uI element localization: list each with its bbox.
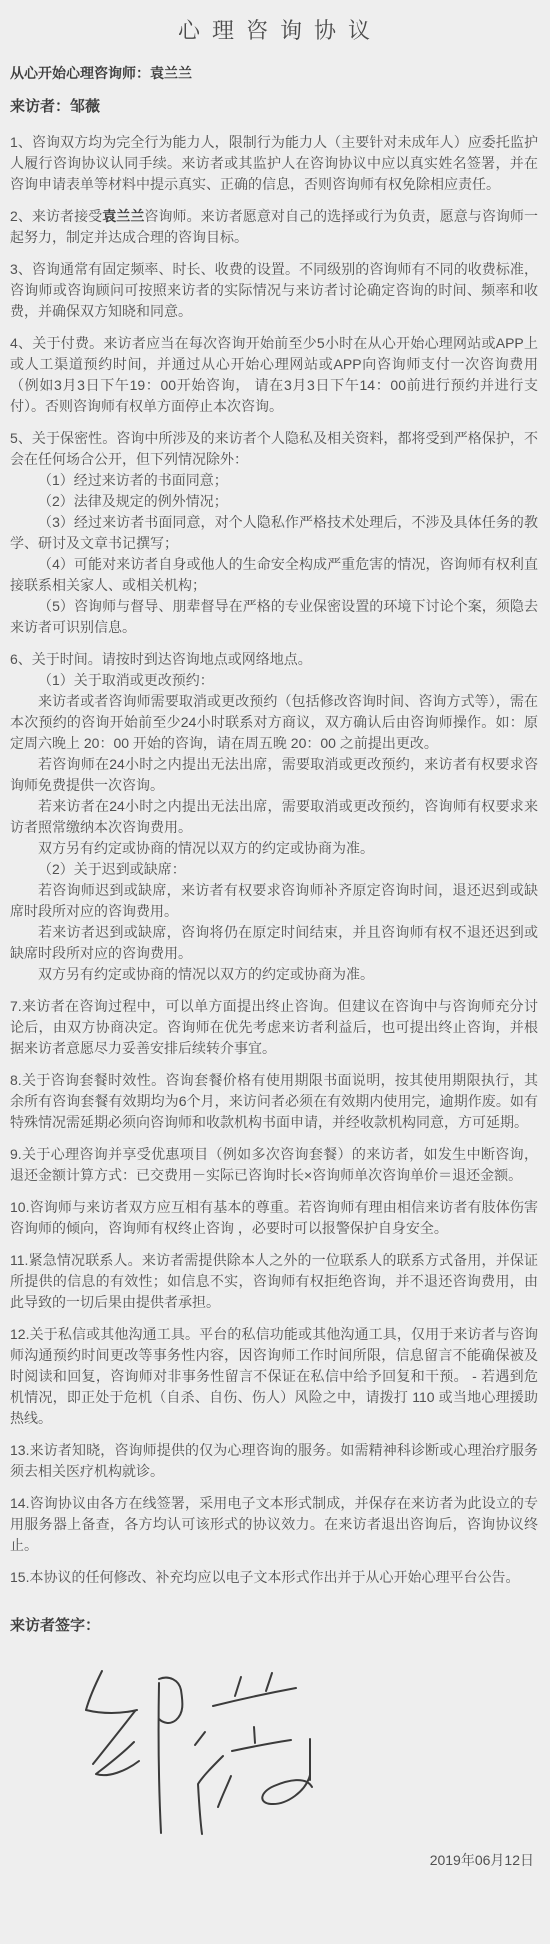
agreement-subparagraph: 若来访者在24小时之内提出无法出席，需要取消或更改预约，咨询师有权要求来访者照常… [10, 796, 538, 838]
agreement-subparagraph: 双方另有约定或协商的情况以双方的约定或协商为准。 [10, 964, 538, 985]
agreement-paragraph: 9.关于心理咨询并享受优惠项目（例如多次咨询套餐）的来访者，如发生中断咨询，退还… [10, 1144, 538, 1186]
agreement-clauses: 1、咨询双方均为完全行为能力人，限制行为能力人（主要针对未成年人）应委托监护人履… [10, 132, 538, 1588]
text-segment: 12.关于私信或其他沟通工具。平台的私信功能或其他沟通工具，仅用于来访者与咨询师… [10, 1326, 538, 1426]
agreement-paragraph: 8.关于咨询套餐时效性。咨询套餐价格有使用期限书面说明，按其使用期限执行，其余所… [10, 1070, 538, 1133]
signature-canvas [55, 1643, 325, 1848]
text-segment: 若来访者在24小时之内提出无法出席，需要取消或更改预约，咨询师有权要求来访者照常… [10, 798, 538, 835]
agreement-page: 心理咨询协议 从心开始心理咨询师：袁兰兰 来访者：邹薇 1、咨询双方均为完全行为… [0, 0, 550, 1944]
agreement-subparagraph: 来访者或者咨询师需要取消或更改预约（包括修改咨询时间、咨询方式等），需在本次预约… [10, 691, 538, 754]
agreement-subparagraph: （1）经过来访者的书面同意； [10, 470, 538, 491]
text-segment: 4、关于付费。来访者应当在每次咨询开始前至少5小时在从心开始心理网站或APP上或… [10, 335, 538, 414]
agreement-subparagraph: （4）可能对来访者自身或他人的生命安全构成严重危害的情况，咨询师有权利直接联系相… [10, 554, 538, 596]
agreement-subparagraph: 若咨询师在24小时之内提出无法出席，需要取消或更改预约，来访者有权要求咨询师免费… [10, 754, 538, 796]
agreement-subparagraph: （2）关于迟到或缺席： [10, 859, 538, 880]
agreement-paragraph: 13.来访者知晓，咨询师提供的仅为心理咨询的服务。如需精神科诊断或心理治疗服务须… [10, 1440, 538, 1482]
handwritten-signature [55, 1643, 325, 1848]
text-segment: 10.咨询师与来访者双方应互相有基本的尊重。若咨询师有理由相信来访者有肢体伤害咨… [10, 1199, 538, 1236]
counselor-name-line: 从心开始心理咨询师：袁兰兰 [10, 63, 538, 83]
text-segment: 3、咨询通常有固定频率、时长、收费的设置。不同级别的咨询师有不同的收费标准，咨询… [10, 261, 538, 319]
signature-stroke [198, 1756, 223, 1834]
agreement-paragraph: 11.紧急情况联系人。来访者需提供除本人之外的一位联系人的联系方式备用，并保证所… [10, 1250, 538, 1313]
agreement-paragraph: 7.来访者在咨询过程中，可以单方面提出终止咨询。但建议在咨询中与咨询师充分讨论后… [10, 996, 538, 1059]
signature-stroke [159, 1678, 182, 1723]
signature-stroke [159, 1683, 161, 1833]
text-segment: 来访者或者咨询师需要取消或更改预约（包括修改咨询时间、咨询方式等），需在本次预约… [10, 693, 538, 751]
signature-stroke [262, 1775, 312, 1804]
agreement-paragraph: 2、来访者接受袁兰兰咨询师。来访者愿意对自己的选择或行为负责，愿意与咨询师一起努… [10, 206, 538, 248]
text-segment: 双方另有约定或协商的情况以双方的约定或协商为准。 [38, 840, 374, 856]
agreement-paragraph: 6、关于时间。请按时到达咨询地点或网络地点。 [10, 649, 538, 670]
text-segment: （2）法律及规定的例外情况； [38, 493, 228, 509]
agreement-subparagraph: （2）法律及规定的例外情况； [10, 491, 538, 512]
text-segment: （5）咨询师与督导、朋辈督导在严格的专业保密设置的环境下讨论个案，须隐去来访者可… [10, 598, 538, 635]
signature-stroke [195, 1732, 205, 1745]
agreement-subparagraph: 若咨询师迟到或缺席，来访者有权要求咨询师补齐原定咨询时间，退还迟到或缺席时段所对… [10, 880, 538, 922]
text-segment: 8.关于咨询套餐时效性。咨询套餐价格有使用期限书面说明，按其使用期限执行，其余所… [10, 1072, 538, 1130]
agreement-subparagraph: （1）关于取消或更改预约： [10, 670, 538, 691]
page-title: 心理咨询协议 [22, 14, 538, 45]
text-segment: 袁兰兰 [102, 208, 144, 224]
signature-date: 2019年06月12日 [10, 1850, 538, 1870]
text-segment: （2）关于迟到或缺席： [38, 861, 186, 877]
agreement-paragraph: 4、关于付费。来访者应当在每次咨询开始前至少5小时在从心开始心理网站或APP上或… [10, 333, 538, 417]
signature-stroke [96, 1742, 139, 1775]
signature-stroke [213, 1688, 296, 1706]
text-segment: 7.来访者在咨询过程中，可以单方面提出终止咨询。但建议在咨询中与咨询师充分讨论后… [10, 998, 538, 1056]
client-signature-label: 来访者签字： [10, 1614, 538, 1635]
text-segment: 9.关于心理咨询并享受优惠项目（例如多次咨询套餐）的来访者，如发生中断咨询，退还… [10, 1146, 538, 1183]
agreement-paragraph: 1、咨询双方均为完全行为能力人，限制行为能力人（主要针对未成年人）应委托监护人履… [10, 132, 538, 195]
text-segment: 11.紧急情况联系人。来访者需提供除本人之外的一位联系人的联系方式备用，并保证所… [10, 1252, 538, 1310]
text-segment: 15.本协议的任何修改、补充均应以电子文本形式作出并于从心开始心理平台公告。 [10, 1569, 519, 1585]
text-segment: 若咨询师在24小时之内提出无法出席，需要取消或更改预约，来访者有权要求咨询师免费… [10, 756, 538, 793]
text-segment: 6、关于时间。请按时到达咨询地点或网络地点。 [10, 651, 312, 667]
agreement-paragraph: 3、咨询通常有固定频率、时长、收费的设置。不同级别的咨询师有不同的收费标准，咨询… [10, 259, 538, 322]
text-segment: （1）经过来访者的书面同意； [38, 472, 228, 488]
signature-stroke [93, 1711, 135, 1764]
client-name-line: 来访者：邹薇 [10, 95, 538, 116]
text-segment: 5、关于保密性。咨询中所涉及的来访者个人隐私及相关资料，都将受到严格保护，不会在… [10, 430, 538, 467]
text-segment: 双方另有约定或协商的情况以双方的约定或协商为准。 [38, 966, 374, 982]
text-segment: （4）可能对来访者自身或他人的生命安全构成严重危害的情况，咨询师有权利直接联系相… [10, 556, 538, 593]
text-segment: （1）关于取消或更改预约： [38, 672, 214, 688]
agreement-paragraph: 14.咨询协议由各方在线签署，采用电子文本形式制成，并保存在来访者为此设立的专用… [10, 1493, 538, 1556]
text-segment: 14.咨询协议由各方在线签署，采用电子文本形式制成，并保存在来访者为此设立的专用… [10, 1495, 538, 1553]
text-segment: （3）经过来访者书面同意，对个人隐私作严格技术处理后，不涉及具体任务的教学、研讨… [10, 514, 538, 551]
agreement-paragraph: 15.本协议的任何修改、补充均应以电子文本形式作出并于从心开始心理平台公告。 [10, 1567, 538, 1588]
text-segment: 1、咨询双方均为完全行为能力人，限制行为能力人（主要针对未成年人）应委托监护人履… [10, 134, 538, 192]
agreement-paragraph: 10.咨询师与来访者双方应互相有基本的尊重。若咨询师有理由相信来访者有肢体伤害咨… [10, 1197, 538, 1239]
signature-stroke [235, 1677, 241, 1696]
signature-stroke [86, 1671, 102, 1710]
signature-stroke [254, 1727, 255, 1743]
agreement-subparagraph: （5）咨询师与督导、朋辈督导在严格的专业保密设置的环境下讨论个案，须隐去来访者可… [10, 596, 538, 638]
agreement-subparagraph: （3）经过来访者书面同意，对个人隐私作严格技术处理后，不涉及具体任务的教学、研讨… [10, 512, 538, 554]
text-segment: 若来访者迟到或缺席，咨询将仍在原定时间结束，并且咨询师有权不退还迟到或缺席时段所… [10, 924, 538, 961]
text-segment: 2、来访者接受 [10, 208, 102, 224]
text-segment: 13.来访者知晓，咨询师提供的仅为心理咨询的服务。如需精神科诊断或心理治疗服务须… [10, 1442, 538, 1479]
text-segment: 若咨询师迟到或缺席，来访者有权要求咨询师补齐原定咨询时间，退还迟到或缺席时段所对… [10, 882, 538, 919]
signature-stroke [218, 1776, 231, 1807]
signature-stroke [232, 1740, 291, 1751]
agreement-subparagraph: 双方另有约定或协商的情况以双方的约定或协商为准。 [10, 838, 538, 859]
signature-stroke [86, 1710, 137, 1713]
agreement-paragraph: 12.关于私信或其他沟通工具。平台的私信功能或其他沟通工具，仅用于来访者与咨询师… [10, 1324, 538, 1429]
agreement-paragraph: 5、关于保密性。咨询中所涉及的来访者个人隐私及相关资料，都将受到严格保护，不会在… [10, 428, 538, 470]
agreement-subparagraph: 若来访者迟到或缺席，咨询将仍在原定时间结束，并且咨询师有权不退还迟到或缺席时段所… [10, 922, 538, 964]
signature-stroke [266, 1673, 272, 1691]
